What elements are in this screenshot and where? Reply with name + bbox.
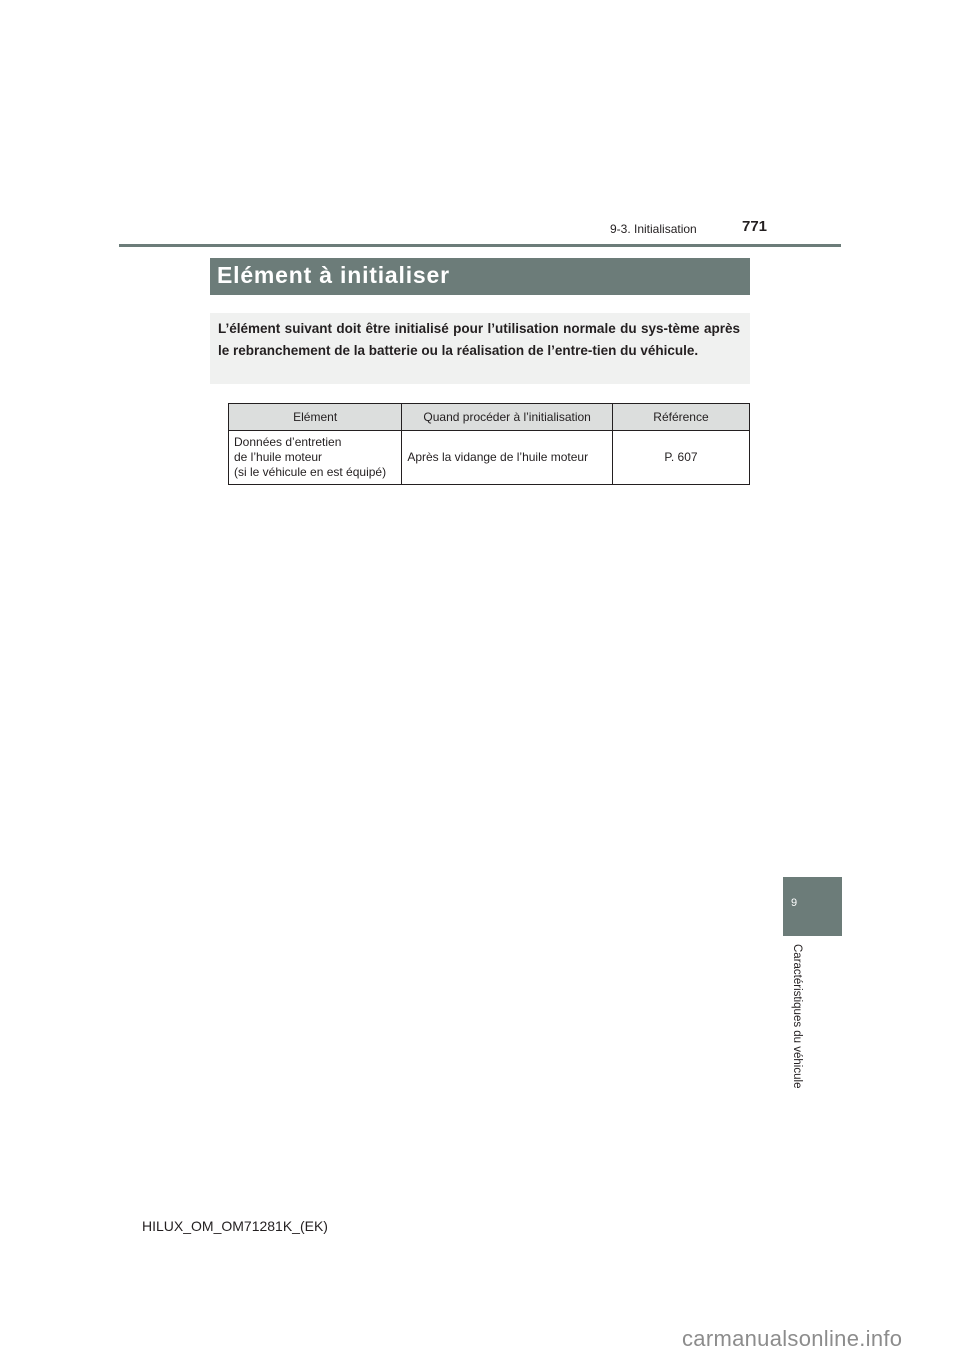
- intro-box: L’élément suivant doit être initialisé p…: [210, 313, 750, 384]
- cell-element-line: Données d’entretien: [234, 435, 396, 450]
- initialisation-table: Elément Quand procéder à l’initialisatio…: [228, 403, 750, 485]
- watermark: carmanualsonline.info: [682, 1326, 902, 1352]
- cell-element-line: (si le véhicule en est équipé): [234, 465, 396, 480]
- cell-when: Après la vidange de l’huile moteur: [402, 431, 613, 485]
- cell-element-line: de l’huile moteur: [234, 450, 396, 465]
- chapter-tab: 9: [783, 877, 842, 936]
- page-title-bar: Elément à initialiser: [210, 258, 750, 295]
- chapter-title-vertical: Caractéristiques du véhicule: [789, 944, 803, 1114]
- cell-element: Données d’entretien de l’huile moteur (s…: [229, 431, 402, 485]
- column-header-reference: Référence: [612, 404, 749, 431]
- page-number: 771: [742, 218, 767, 235]
- document-code: HILUX_OM_OM71281K_(EK): [142, 1218, 328, 1234]
- header-divider: [119, 244, 841, 247]
- section-heading: 9-3. Initialisation: [610, 222, 697, 236]
- chapter-title: Caractéristiques du véhicule: [791, 944, 803, 1088]
- column-header-element: Elément: [229, 404, 402, 431]
- column-header-when: Quand procéder à l’initialisation: [402, 404, 613, 431]
- table-row: Données d’entretien de l’huile moteur (s…: [229, 431, 750, 485]
- table-header-row: Elément Quand procéder à l’initialisatio…: [229, 404, 750, 431]
- intro-text: L’élément suivant doit être initialisé p…: [218, 318, 740, 361]
- cell-reference[interactable]: P. 607: [612, 431, 749, 485]
- chapter-number: 9: [791, 897, 797, 909]
- page-title: Elément à initialiser: [217, 262, 450, 289]
